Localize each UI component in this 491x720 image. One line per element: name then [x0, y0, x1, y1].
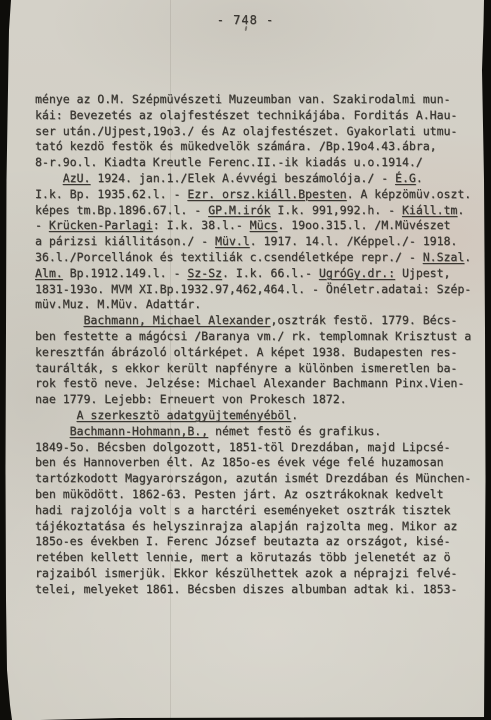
text-segment: Ujpest, — [395, 266, 450, 280]
text-line: AzU. 1924. jan.1./Elek A.évvégi beszámol… — [35, 171, 480, 187]
text-line: nae 1779. Lejebb: Erneuert von Prokesch … — [35, 392, 480, 408]
underlined-text-segment: Alm. — [35, 266, 63, 280]
underlined-text-segment: Sz-Sz — [187, 266, 222, 280]
text-line: 36.l./Porcellánok és textiliák c.csendél… — [35, 250, 480, 266]
text-segment: rajzaiból ismerjük. Ekkor készülhettek a… — [35, 566, 457, 580]
underlined-text-segment: É.G — [395, 171, 416, 185]
text-segment: retében kellett lennie, mert a körutazás… — [35, 550, 450, 564]
text-segment: 8-r.9o.l. Kiadta Kreutle Ferenc.II.-ik k… — [35, 155, 423, 169]
text-segment: : I.k. 38.l.- — [153, 218, 250, 232]
text-line: retében kellett lennie, mert a körutazás… — [35, 550, 480, 566]
text-segment: taurálták, s ekkor került napfényre a kü… — [35, 361, 457, 375]
text-line: hadi rajzolója volt s a harctéri esemény… — [35, 503, 480, 519]
text-segment: 1849-5o. Bécsben dolgozott, 1851-töl Dre… — [35, 440, 450, 454]
text-line: ben müködött. 1862-63. Pesten járt. Az o… — [35, 487, 480, 503]
text-line: tató kezdö festök és mükedvelök számára.… — [35, 139, 480, 155]
text-line: tájékoztatása és helyszinrajza alapján r… — [35, 519, 480, 535]
text-segment: keresztfán ábrázoló oltárképet. A képet … — [35, 345, 457, 359]
text-segment: 36.l./Porcellánok és textiliák c.csendél… — [35, 250, 423, 264]
text-line: a párizsi kiállitáson./ - Müv.l. 1917. 1… — [35, 234, 480, 250]
text-line: - Krücken-Parlagi: I.k. 38.l.- Mücs. 19o… — [35, 218, 480, 234]
underlined-text-segment: N.Szal — [423, 250, 465, 264]
text-segment: tató kezdö festök és mükedvelök számára.… — [35, 139, 437, 153]
text-segment: ,osztrák festö. 1779. Bécs- — [270, 313, 457, 327]
text-segment: 185o-es években I. Ferenc József beutazt… — [35, 534, 450, 548]
text-line: rajzaiból ismerjük. Ekkor készülhettek a… — [35, 566, 480, 582]
underlined-text-segment: Bachmann, Michael Alexander — [83, 313, 270, 327]
text-line: 1831-193o. MVM XI.Bp.1932.97,462,464.l. … — [35, 282, 480, 298]
text-line: ben festette a mágócsi /Baranya vm./ rk.… — [35, 329, 480, 345]
text-segment: ben festette a mágócsi /Baranya vm./ rk.… — [35, 329, 471, 343]
underlined-text-segment: Bachmann-Hohmann,B., — [70, 424, 208, 438]
text-line: képes tm.Bp.1896.67.l. - GP.M.irók I.k. … — [35, 203, 480, 219]
text-segment: . — [457, 203, 464, 217]
text-line: Bachmann-Hohmann,B., német festö és graf… — [35, 424, 480, 440]
text-line: tartózkodott Magyarországon, azután ismé… — [35, 471, 480, 487]
text-segment: . 1917. 14.l. /Képpel./- 1918. — [250, 234, 458, 248]
text-line: taurálták, s ekkor került napfényre a kü… — [35, 361, 480, 377]
text-segment: . — [291, 408, 298, 422]
underlined-text-segment: Ezr. orsz.kiáll.Bpesten — [187, 187, 346, 201]
text-line: rok festö neve. Jelzése: Michael Alexand… — [35, 376, 480, 392]
text-line: 185o-es években I. Ferenc József beutazt… — [35, 534, 480, 550]
text-segment: a párizsi kiállitáson./ - — [35, 234, 215, 248]
text-segment — [35, 171, 63, 185]
text-segment — [35, 408, 77, 422]
text-segment: - — [35, 218, 49, 232]
scanned-page: - 748 - ménye az O.M. Szépmüvészeti Muze… — [0, 0, 491, 720]
text-segment: rok festö neve. Jelzése: Michael Alexand… — [35, 376, 464, 390]
text-line: ser után./Ujpest,19o3./ és Az olajfestés… — [35, 124, 480, 140]
text-segment: ménye az O.M. Szépmüvészeti Muzeumban va… — [35, 92, 450, 106]
text-line: Bachmann, Michael Alexander,osztrák fest… — [35, 313, 480, 329]
underlined-text-segment: Mücs — [250, 218, 278, 232]
text-segment: 1831-193o. MVM XI.Bp.1932.97,462,464.l. … — [35, 282, 471, 296]
text-segment: müv.Muz. M.Müv. Adattár. — [35, 297, 201, 311]
underlined-text-segment: Müv.l — [215, 234, 250, 248]
text-line: telei, melyeket 1861. Bécsben diszes alb… — [35, 582, 480, 598]
text-segment: 1924. jan.1./Elek A.évvégi beszámolója./… — [90, 171, 395, 185]
text-segment: tartózkodott Magyarországon, azután ismé… — [35, 471, 471, 485]
text-segment: I.k. 991,992.h. - — [270, 203, 402, 217]
text-segment: hadi rajzolója volt s a harctéri esemény… — [35, 503, 450, 517]
text-segment: . — [464, 250, 471, 264]
underlined-text-segment: A szerkesztö adatgyüjteményéböl — [77, 408, 292, 422]
text-line: kái: Bevezetés az olajfestészet techniká… — [35, 108, 480, 124]
text-segment: nae 1779. Lejebb: Erneuert von Prokesch … — [35, 392, 347, 406]
text-segment — [35, 313, 83, 327]
text-segment: I.k. Bp. 1935.62.l. - — [35, 187, 187, 201]
text-segment: . — [416, 171, 423, 185]
underlined-text-segment: Kiáll.tm — [402, 203, 457, 217]
text-segment — [35, 424, 70, 438]
text-line: I.k. Bp. 1935.62.l. - Ezr. orsz.kiáll.Bp… — [35, 187, 480, 203]
text-segment: . 19oo.315.l. /M.Müvészet — [277, 218, 450, 232]
text-segment: ben és Hannoverben élt. Az 185o-es évek … — [35, 455, 444, 469]
text-segment: tájékoztatása és helyszinrajza alapján r… — [35, 519, 457, 533]
text-line: ben és Hannoverben élt. Az 185o-es évek … — [35, 455, 480, 471]
text-segment: ser után./Ujpest,19o3./ és Az olajfestés… — [35, 124, 457, 138]
document-text: ménye az O.M. Szépmüvészeti Muzeumban va… — [35, 92, 480, 598]
text-segment: . A képzömüv.oszt. — [347, 187, 472, 201]
text-line: A szerkesztö adatgyüjteményéböl. — [35, 408, 480, 424]
text-segment: kái: Bevezetés az olajfestészet techniká… — [35, 108, 457, 122]
text-segment: képes tm.Bp.1896.67.l. - — [35, 203, 208, 217]
text-line: 8-r.9o.l. Kiadta Kreutle Ferenc.II.-ik k… — [35, 155, 480, 171]
text-line: keresztfán ábrázoló oltárképet. A képet … — [35, 345, 480, 361]
text-line: müv.Muz. M.Müv. Adattár. — [35, 297, 480, 313]
text-segment: ben müködött. 1862-63. Pesten járt. Az o… — [35, 487, 444, 501]
text-segment: Bp.1912.149.l. - — [63, 266, 188, 280]
text-line: 1849-5o. Bécsben dolgozott, 1851-töl Dre… — [35, 440, 480, 456]
text-line: ménye az O.M. Szépmüvészeti Muzeumban va… — [35, 92, 480, 108]
underlined-text-segment: AzU. — [63, 171, 91, 185]
underlined-text-segment: Krücken-Parlagi — [49, 218, 153, 232]
text-segment: . I.k. 66.l.- — [222, 266, 319, 280]
underlined-text-segment: UgróGy.dr.: — [319, 266, 395, 280]
underlined-text-segment: GP.M.irók — [208, 203, 270, 217]
text-line: Alm. Bp.1912.149.l. - Sz-Sz. I.k. 66.l.-… — [35, 266, 480, 282]
text-segment: telei, melyeket 1861. Bécsben diszes alb… — [35, 582, 457, 596]
text-segment: német festö és grafikus. — [208, 424, 381, 438]
